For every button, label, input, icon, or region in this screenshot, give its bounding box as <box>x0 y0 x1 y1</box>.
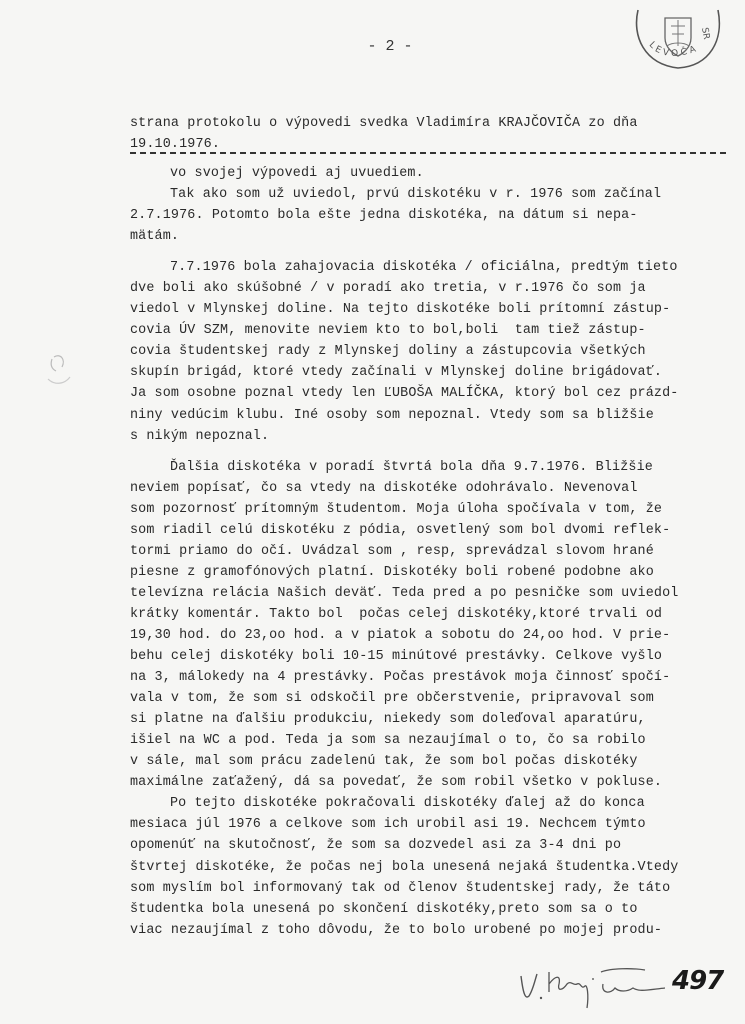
official-stamp-icon: SR LEVOČA <box>632 6 724 72</box>
dashed-separator <box>130 152 726 154</box>
body-line: covia ÚV SZM, menovite neviem kto to bol… <box>130 320 735 341</box>
body-line: viedol v Mlynskej doline. Na tejto disko… <box>130 299 735 320</box>
body-line: Tak ako som už uviedol, prvú diskotéku v… <box>130 184 735 205</box>
svg-text:SR: SR <box>699 27 711 41</box>
signature <box>515 962 665 1017</box>
header-line: strana protokolu o výpovedi svedka Vladi… <box>130 113 730 134</box>
body-line: si platne na ďalšiu produkciu, niekedy s… <box>130 709 735 730</box>
body-line: som myslím bol informovaný tak od členov… <box>130 878 735 899</box>
body-line: 7.7.1976 bola zahajovacia diskotéka / of… <box>130 257 735 278</box>
body-line: vo svojej výpovedi aj uvuediem. <box>130 163 735 184</box>
body-line: s nikým nepoznal. <box>130 426 735 447</box>
body-line: piesne z gramofónových platní. Diskotéky… <box>130 562 735 583</box>
body-line: štvrtej diskotéke, že počas nej bola une… <box>130 857 735 878</box>
body-line: išiel na WC a pod. Teda ja som sa nezauj… <box>130 730 735 751</box>
body-line: behu celej diskotéky boli 10-15 minútové… <box>130 646 735 667</box>
body-line: na 3, málokedy na 4 prestávky. Počas pre… <box>130 667 735 688</box>
body-line: Ja som osobne poznal vtedy len ĽUBOŠA MA… <box>130 383 735 404</box>
folio-number: 497 <box>672 966 723 996</box>
body-line: mesiaca júl 1976 a celkove som ich urobi… <box>130 814 735 835</box>
body-line: viac nezaujímal z toho dôvodu, že to bol… <box>130 920 735 941</box>
protocol-header: strana protokolu o výpovedi svedka Vladi… <box>130 113 730 155</box>
body-line: Po tejto diskotéke pokračovali diskotéky… <box>130 793 735 814</box>
body-line: vala v tom, že som si odskočil pre občer… <box>130 688 735 709</box>
testimony-body: vo svojej výpovedi aj uvuediem.Tak ako s… <box>130 163 735 941</box>
body-line: tormi priamo do očí. Uvádzal som , resp,… <box>130 541 735 562</box>
body-line: dve boli ako skúšobné / v poradí ako tre… <box>130 278 735 299</box>
body-line: 2.7.1976. Potomto bola ešte jedna diskot… <box>130 205 735 226</box>
body-line: Ďalšia diskotéka v poradí štvrtá bola dň… <box>130 457 735 478</box>
body-line: niny vedúcim klubu. Iné osoby som nepozn… <box>130 405 735 426</box>
body-line: opomenúť na skutočnosť, že som sa dozved… <box>130 835 735 856</box>
body-line: mätám. <box>130 226 735 247</box>
body-line: študentka bola unesená po skončení disko… <box>130 899 735 920</box>
document-page: - 2 - SR LEVOČA strana protokolu o výpov… <box>0 0 745 1024</box>
body-line: skupín brigád, ktoré vtedy začínali v Ml… <box>130 362 735 383</box>
body-line: maximálne zaťažený, dá sa povedať, že so… <box>130 772 735 793</box>
body-line: 19,30 hod. do 23,oo hod. a v piatok a so… <box>130 625 735 646</box>
body-line: covia študentskej rady z Mlynskej doliny… <box>130 341 735 362</box>
body-line: som pozornosť prítomným študentom. Moja … <box>130 499 735 520</box>
body-line: krátky komentár. Takto bol počas celej d… <box>130 604 735 625</box>
body-line: v sále, mal som prácu zadelenú tak, že s… <box>130 751 735 772</box>
page-number: - 2 - <box>360 38 420 55</box>
body-line: televízna relácia Našich deväť. Teda pre… <box>130 583 735 604</box>
body-line: som riadil celú diskotéku z pódia, osvet… <box>130 520 735 541</box>
margin-mark-icon <box>44 353 74 387</box>
body-line: neviem popísať, čo sa vtedy na diskotéke… <box>130 478 735 499</box>
